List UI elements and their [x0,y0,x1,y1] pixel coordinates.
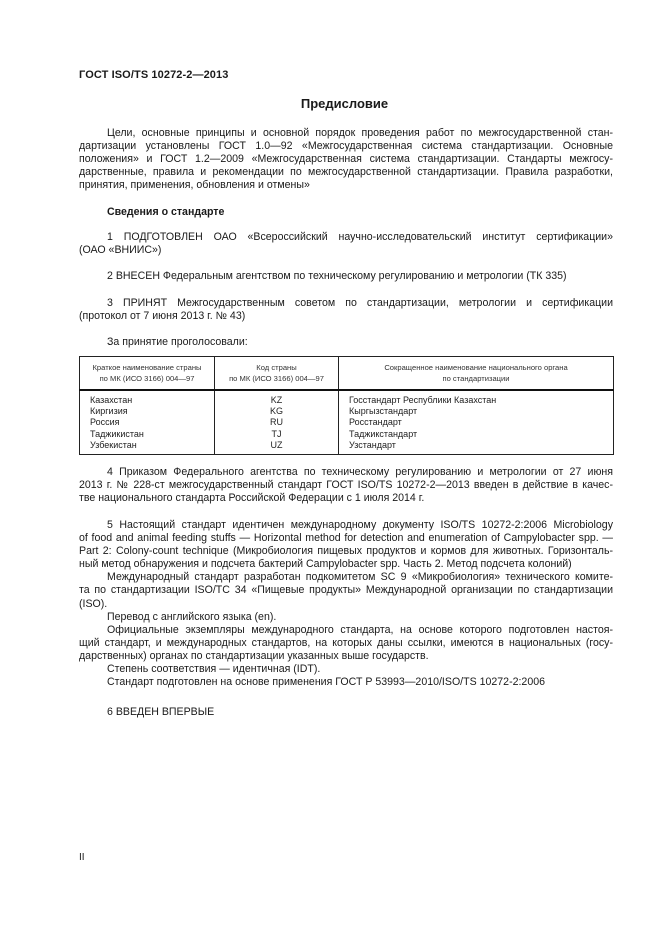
intro-line: дарственные, правила и рекомендации по м… [79,166,613,179]
item-1-prepared: 1 ПОДГОТОВЛЕН ОАО «Всероссийский научно-… [79,231,613,257]
code-cell: KG [215,406,339,417]
prepared-basis: Стандарт подготовлен на основе применени… [79,676,613,689]
country-cell: Узбекистан [80,440,215,455]
body-cell: Кыргызстандарт [339,406,614,417]
header-country: Краткое наименование страныпо МК (ИСО 31… [80,357,215,391]
header-body: Сокращенное наименование национального о… [339,357,614,391]
vote-intro: За принятие проголосовали: [79,336,613,349]
intro-line: принятия, применения, обновления и отмен… [79,179,613,192]
developed-paragraph: Международный стандарт разработан подком… [79,571,613,584]
item-3-adopted: 3 ПРИНЯТ Межгосударственным советом по с… [79,297,613,323]
item-5-identical: 5 Настоящий стандарт идентичен междунаро… [79,519,613,689]
code-cell: TJ [215,429,339,440]
translation-note: Перевод с английского языка (en). [79,611,613,624]
table-row: Таджикистан TJ Таджикстандарт [80,429,614,440]
table-row: Казахстан KZ Госстандарт Республики Каза… [80,390,614,406]
code-cell: RU [215,417,339,428]
vote-table: Краткое наименование страныпо МК (ИСО 31… [79,356,614,455]
header-code: Код страныпо МК (ИСО 3166) 004—97 [215,357,339,391]
intro-line: Цели, основные принципы и основной поряд… [79,127,613,140]
country-cell: Киргизия [80,406,215,417]
body-cell: Росстандарт [339,417,614,428]
code-cell: KZ [215,390,339,406]
item-2-submitted: 2 ВНЕСЕН Федеральным агентством по техни… [79,270,613,283]
table-row: Киргизия KG Кыргызстандарт [80,406,614,417]
intro-line: положения» и ГОСТ 1.2—2009 «Межгосударст… [79,153,613,166]
country-cell: Россия [80,417,215,428]
table-row: Россия RU Росстандарт [80,417,614,428]
section-heading: Сведения о стандарте [79,206,613,219]
item-6-first-introduced: 6 ВВЕДЕН ВПЕРВЫЕ [79,706,613,719]
code-cell: UZ [215,440,339,455]
item-4-order: 4 Приказом Федерального агентства по тех… [79,466,613,505]
document-id: ГОСТ ISO/TS 10272-2—2013 [79,69,228,81]
country-cell: Таджикистан [80,429,215,440]
conformity-degree: Степень соответствия — идентичная (IDT). [79,663,613,676]
intro-line: дартизации установлены ГОСТ 1.0—92 «Межг… [79,140,613,153]
intro-paragraph: Цели, основные принципы и основной поряд… [79,127,613,192]
country-cell: Казахстан [80,390,215,406]
table-header-row: Краткое наименование страныпо МК (ИСО 31… [80,357,614,391]
page-number: II [79,852,85,863]
body-cell: Таджикстандарт [339,429,614,440]
body-cell: Госстандарт Республики Казахстан [339,390,614,406]
page-title: Предисловие [0,96,661,111]
official-copies-paragraph: Официальные экземпляры международного ст… [79,624,613,637]
table-row: Узбекистан UZ Узстандарт [80,440,614,455]
body-cell: Узстандарт [339,440,614,455]
